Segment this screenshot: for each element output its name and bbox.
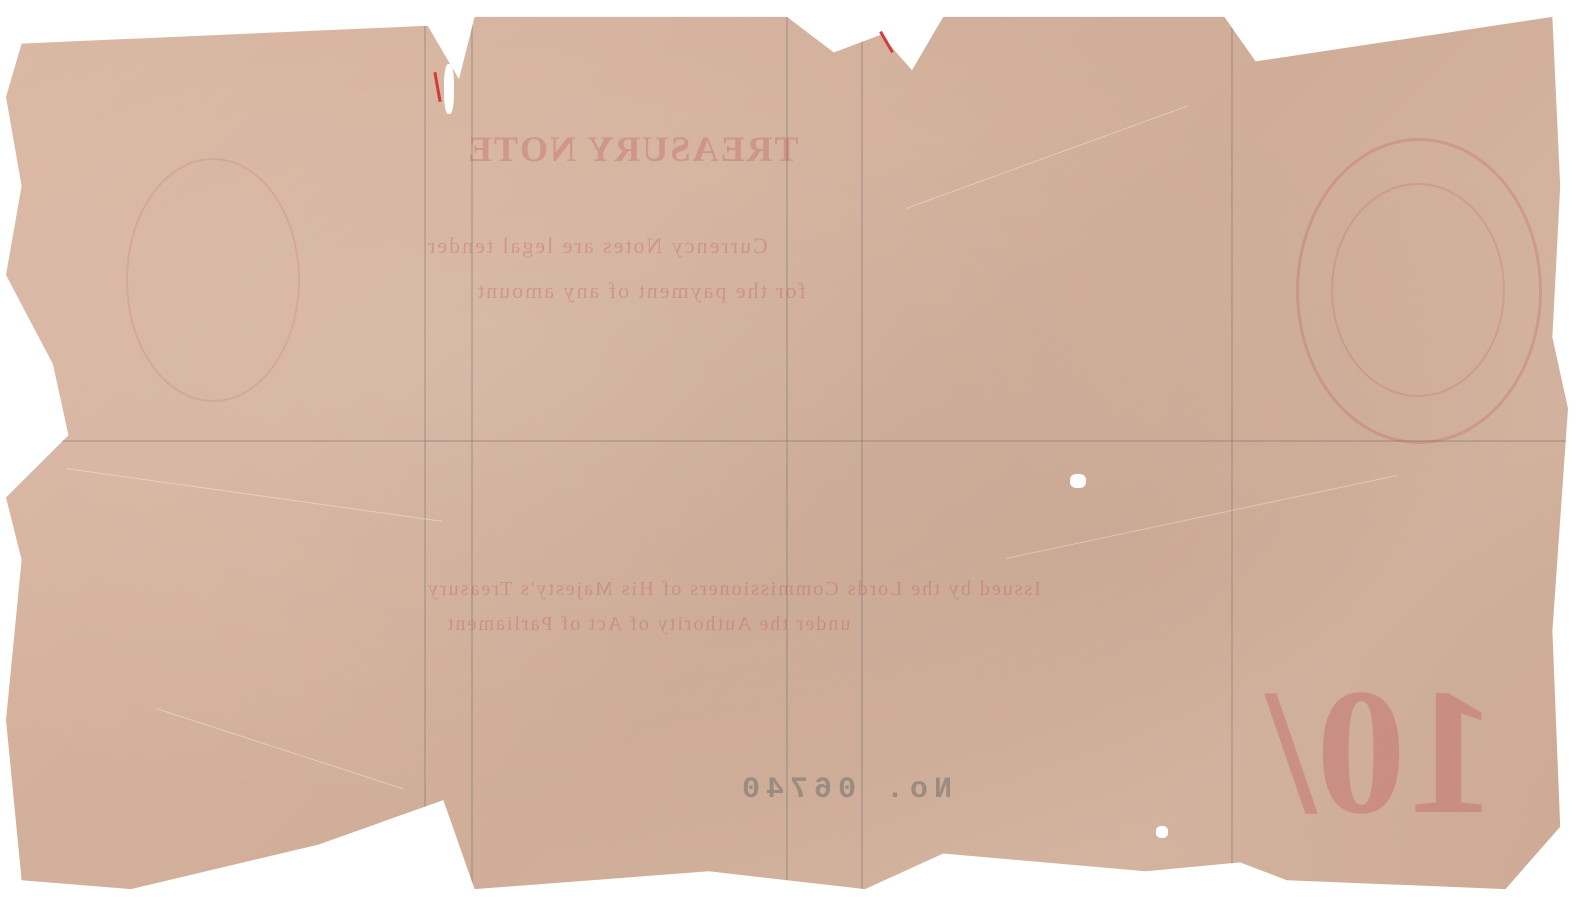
mirrored-text-line: Currency Notes are legal tender xyxy=(426,233,768,259)
fold-line xyxy=(861,8,863,898)
watermark-oval xyxy=(126,158,300,402)
seal-inner-oval xyxy=(1331,183,1505,397)
banknote: TREASURY NOTE Currency Notes are legal t… xyxy=(6,8,1568,898)
paper-hole xyxy=(1070,474,1086,488)
mirrored-text-line: Issued by the Lords Commissioners of His… xyxy=(426,578,1041,601)
crease xyxy=(66,468,442,522)
crease xyxy=(906,105,1188,209)
fold-line xyxy=(1231,8,1233,898)
fold-line xyxy=(424,8,426,898)
mirrored-text-line: for the payment of any amount xyxy=(476,278,806,304)
denomination-mark: 10/ xyxy=(1266,648,1496,855)
mirrored-text-line: under the Authority of Act of Parliament xyxy=(446,613,850,636)
crease xyxy=(1006,475,1397,559)
serial-number: No. 06740 xyxy=(736,773,952,807)
paper-hole xyxy=(1156,826,1168,838)
paper-tear xyxy=(444,64,454,114)
crease xyxy=(156,708,404,789)
fold-line xyxy=(6,440,1568,442)
mirrored-heading: TREASURY NOTE xyxy=(466,128,798,170)
